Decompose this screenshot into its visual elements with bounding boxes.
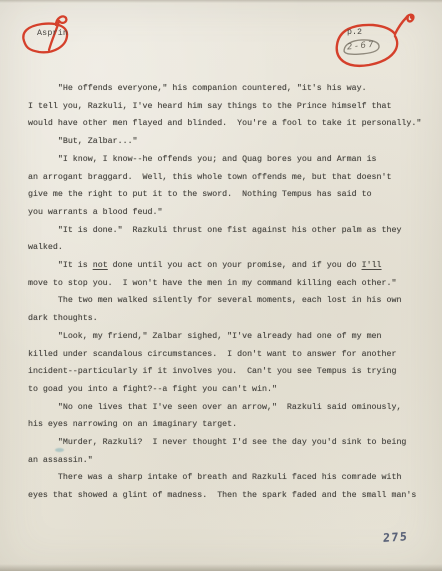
manuscript-line: killed under scandalous circumstances. I… — [28, 346, 434, 364]
manuscript-line: an arrogant braggard. Well, this whole t… — [28, 169, 434, 187]
manuscript-line: his eyes narrowing on an imaginary targe… — [28, 416, 434, 434]
manuscript-line: move to stop you. I won't have the men i… — [28, 275, 434, 293]
manuscript-page: Asprin p.2 2-67 "He offends everyone," h… — [0, 0, 442, 571]
manuscript-line: dark thoughts. — [28, 310, 434, 328]
handwritten-number: 2-67 — [347, 39, 377, 52]
manuscript-line: eyes that showed a glint of madness. The… — [28, 487, 434, 505]
manuscript-line: "Murder, Razkuli? I never thought I'd se… — [28, 434, 434, 452]
manuscript-line: give me the right to put it to the sword… — [28, 186, 434, 204]
manuscript-line: an assassin." — [28, 452, 434, 470]
manuscript-line: The two men walked silently for several … — [28, 292, 434, 310]
manuscript-line: to goad you into a fight?--a fight you c… — [28, 381, 434, 399]
page-number-stamp: 275 — [383, 529, 409, 545]
manuscript-line: There was a sharp intake of breath and R… — [28, 469, 434, 487]
manuscript-line: "But, Zalbar..." — [28, 133, 434, 151]
manuscript-line: "He offends everyone," his companion cou… — [28, 80, 434, 98]
manuscript-line: "It is not done until you act on your pr… — [28, 257, 434, 275]
manuscript-body: "He offends everyone," his companion cou… — [28, 80, 434, 505]
manuscript-line: incident--particularly if it involves yo… — [28, 363, 434, 381]
manuscript-line: "No one lives that I've seen over an arr… — [28, 399, 434, 417]
stray-ink-mark — [55, 448, 64, 452]
manuscript-line: "It is done." Razkuli thrust one fist ag… — [28, 222, 434, 240]
author-label: Asprin — [37, 29, 68, 38]
red-circle-page-annotation — [335, 10, 423, 70]
manuscript-line: "I know, I know--he offends you; and Qua… — [28, 151, 434, 169]
manuscript-line: "Look, my friend," Zalbar sighed, "I've … — [28, 328, 434, 346]
manuscript-line: would have other men flayed and blinded.… — [28, 115, 434, 133]
page-label: p.2 — [347, 28, 362, 37]
manuscript-line: you warrants a blood feud." — [28, 204, 434, 222]
manuscript-line: walked. — [28, 239, 434, 257]
manuscript-line: I tell you, Razkuli, I've heard him say … — [28, 98, 434, 116]
